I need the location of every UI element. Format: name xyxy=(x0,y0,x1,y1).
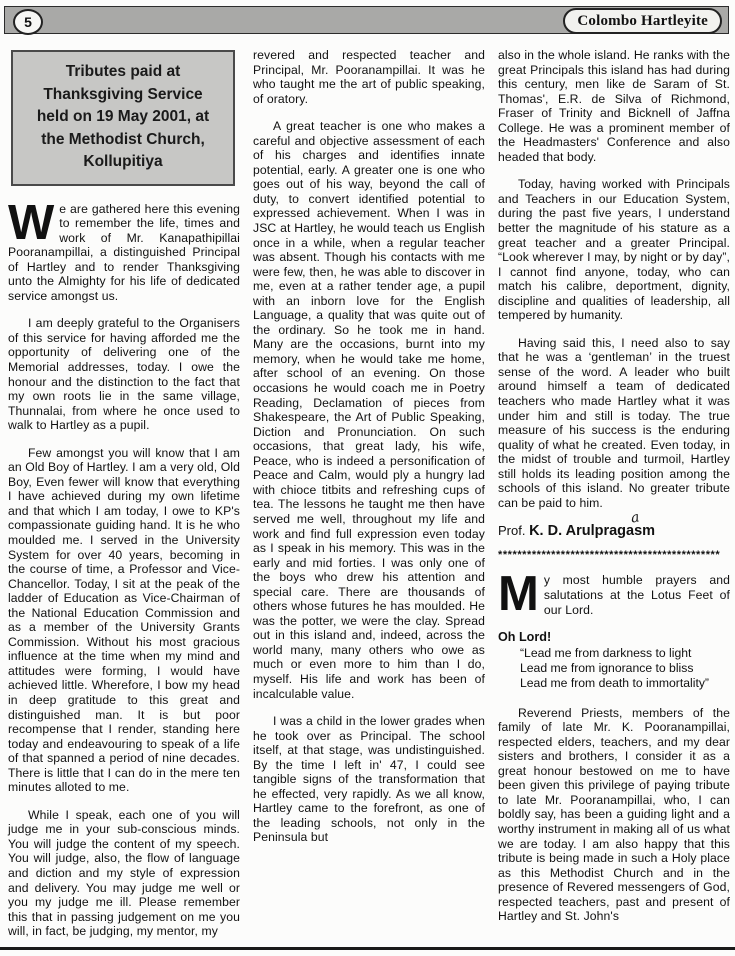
header-bar: 5 Colombo Hartleyite xyxy=(4,6,729,34)
drop-cap-w: W xyxy=(8,202,59,242)
paragraph: I was a child in the lower grades when h… xyxy=(253,714,485,845)
handwritten-insert-a: a xyxy=(630,510,641,527)
column-3: also in the whole island. He ranks with … xyxy=(498,44,730,946)
asterisk-separator: ****************************************… xyxy=(498,549,730,561)
column-1: Tributes paid at Thanksgiving Service he… xyxy=(8,44,240,946)
prayer-quote-block: Oh Lord! “Lead me from darkness to light… xyxy=(498,630,730,692)
paragraph-prayer: My most humble prayers and salutations a… xyxy=(498,573,730,617)
paragraph: While I speak, each one of you will judg… xyxy=(8,808,240,939)
quote-line: Lead me from death to immortality” xyxy=(520,676,730,691)
paragraph: I am deeply grateful to the Organisers o… xyxy=(8,316,240,432)
article-columns: Tributes paid at Thanksgiving Service he… xyxy=(8,44,730,946)
paragraph: Reverend Priests, members of the family … xyxy=(498,706,730,924)
scanned-newsletter-page: 5 Colombo Hartleyite Tributes paid at Th… xyxy=(0,0,735,956)
article-title-box: Tributes paid at Thanksgiving Service he… xyxy=(11,50,235,186)
quote-line: Lead me from ignorance to bliss xyxy=(520,661,730,676)
paragraph: also in the whole island. He ranks with … xyxy=(498,48,730,164)
column-2: revered and respected teacher and Princi… xyxy=(253,44,485,946)
signature-name: K. D. Arulpragaasm xyxy=(529,523,655,539)
paragraph-text: y most humble prayers and salutations at… xyxy=(544,573,730,616)
signature-prefix: Prof. xyxy=(498,523,529,538)
bottom-rule xyxy=(0,947,735,950)
paragraph: Having said this, I need also to say tha… xyxy=(498,336,730,511)
drop-cap-m: M xyxy=(498,573,544,613)
paragraph: A great teacher is one who makes a caref… xyxy=(253,119,485,701)
paragraph: Few amongst you will know that I am an O… xyxy=(8,446,240,795)
title-line: the Methodist Church, xyxy=(17,129,229,152)
title-line: Kollupitiya xyxy=(17,151,229,174)
title-line: Tributes paid at xyxy=(17,61,229,84)
masthead-badge: Colombo Hartleyite xyxy=(563,8,722,34)
prayer-heading: Oh Lord! xyxy=(498,630,730,644)
title-line: held on 19 May 2001, at xyxy=(17,106,229,129)
author-signature: Prof. K. D. Arulpragaasm xyxy=(498,523,730,539)
title-line: Thanksgiving Service xyxy=(17,84,229,107)
paragraph: Today, having worked with Principals and… xyxy=(498,177,730,322)
page-number-badge: 5 xyxy=(13,9,43,35)
paragraph-opening: We are gathered here this evening to rem… xyxy=(8,202,240,304)
paragraph: revered and respected teacher and Princi… xyxy=(253,48,485,106)
quote-line: “Lead me from darkness to light xyxy=(520,646,730,661)
